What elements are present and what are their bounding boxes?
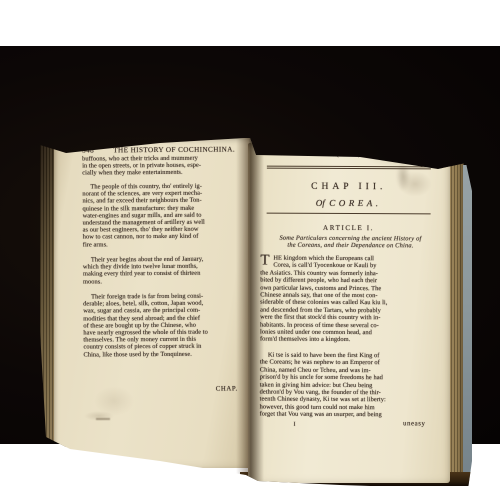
paragraph: Their foreign trade is far from being co… (83, 292, 241, 358)
single-rule (267, 213, 431, 215)
chapter-of-label: Of (316, 198, 325, 208)
left-page-text: 348 THE HISTORY OF COCHINCHINA. buffoons… (82, 136, 240, 137)
chapter-subject: Of COREA. (261, 198, 437, 209)
text-line: form'd themselves into a kingdom. (260, 336, 436, 344)
paragraph: The people of this country, tho' entirel… (82, 182, 240, 248)
double-rule (267, 166, 431, 170)
text-line: China, like those used by the Tonquinese… (84, 350, 242, 358)
left-page: 348 THE HISTORY OF COCHINCHINA. buffoons… (54, 136, 252, 468)
running-header: 348 THE HISTORY OF COCHINCHINA. (82, 145, 240, 154)
paragraph: Their year begins about the end of Janua… (83, 255, 241, 285)
open-book: 348 THE HISTORY OF COCHINCHINA. buffoons… (40, 131, 472, 491)
chapter-subject-name: COREA. (329, 198, 381, 208)
page-number: ( 349 ) (261, 151, 437, 159)
ink-smudge (96, 418, 110, 420)
chapter-heading: CHAP III. (261, 182, 437, 193)
text-line: moons. (83, 277, 241, 285)
page-stain (94, 386, 134, 416)
photo-background: 348 THE HISTORY OF COCHINCHINA. buffoons… (0, 46, 500, 444)
right-page: ( 349 ) CHAP III. Of COREA. ARTICLE I. S… (248, 143, 450, 483)
text-line: cially when they make entertainments. (82, 169, 240, 177)
page-number: 348 (82, 146, 108, 154)
article-summary: Some Particulars concerning the ancient … (262, 235, 438, 251)
paragraph: buffoons, who act their tricks and mumme… (82, 154, 240, 177)
gutter-shadow (236, 131, 264, 487)
text-line: forget that Vou vang was an usurper, and… (260, 411, 436, 419)
running-title: THE HISTORY OF COCHINCHINA. (108, 145, 240, 154)
text-line: the Coreans, and their Dependance on Chi… (262, 242, 438, 250)
paragraph: T HE kingdom which the Europeans call Co… (260, 255, 436, 345)
article-heading: ARTICLE I. (261, 224, 437, 233)
signature-mark: I (294, 422, 296, 428)
catchword: uneasy (403, 420, 426, 427)
text-line: fire arms. (83, 240, 241, 248)
framed-book-photo: 348 THE HISTORY OF COCHINCHINA. buffoons… (0, 0, 500, 500)
book-cover-board (463, 165, 472, 485)
catchword: CHAP. (216, 385, 238, 392)
paragraph: Ki tse is said to have been the first Ki… (260, 352, 436, 420)
